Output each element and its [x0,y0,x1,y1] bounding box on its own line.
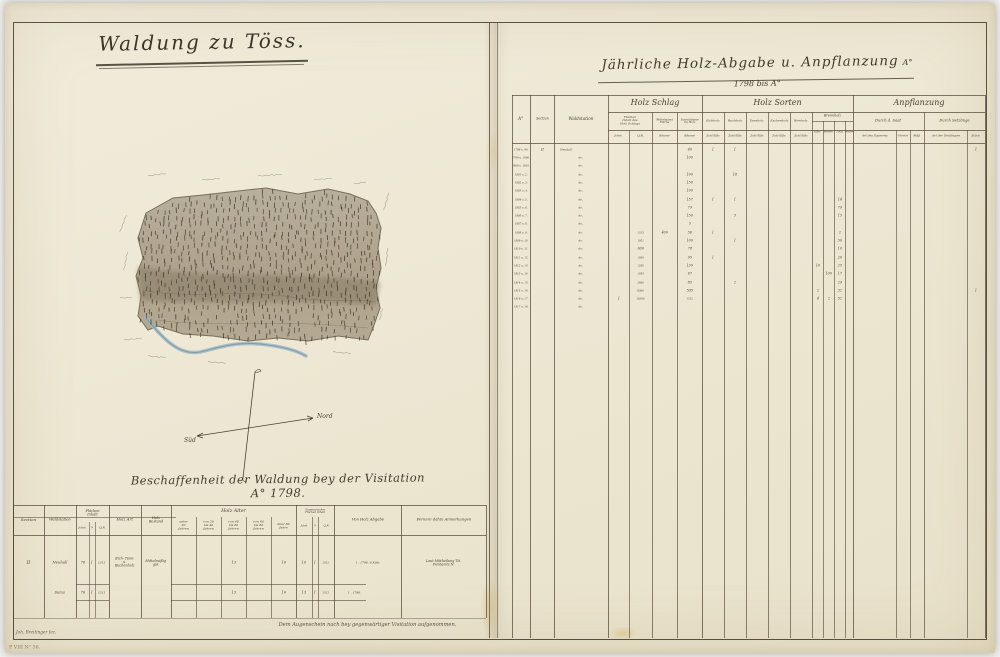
tree-symbol [282,320,283,324]
tree-symbol [357,237,358,241]
row-value-bt: 15 [834,212,845,220]
tree-symbol [359,316,360,320]
row-station: do. [554,287,608,295]
col-flaechen: Flächen Inhalt [76,505,109,522]
row-year: 1809 u. 10. [512,237,530,245]
col-holz-art: Holz Art [109,505,141,535]
row-value-bk: 4 [812,295,823,303]
row-station: do. [554,295,608,303]
row-year: 1808 u. 9. [512,229,530,237]
group-holz-sorten: Holz Sorten [702,95,853,112]
tree-symbol [243,266,244,271]
row-value-eich: 1 [702,254,724,262]
col-alter-sub-text: über 80 Jahre [277,523,290,530]
tree-symbol [175,250,176,253]
row-value-saam: 595 [677,287,702,295]
unit-sorte-text: Zahl Klftr. [728,135,742,138]
tree-symbol [351,223,352,228]
col-alter-sub: von 60 bis 80 Jahren [246,517,271,535]
tree-symbol [269,252,270,256]
row-alter: 10 [271,548,296,578]
row-value-fr: 2600 [629,279,652,287]
row-value-bt: 17 [834,271,845,279]
row-year: 1814 u. 15. [512,279,530,287]
row-station-text: do. [579,182,584,185]
row-value-eich-text: 1 [712,198,714,202]
tree-symbol [313,231,314,236]
row-value-bt-text: 17 [837,273,841,277]
tree-symbol [248,257,249,261]
col-summ-text: Summarischer Flächen Inhalt [305,508,325,514]
row-section-text: II [27,561,31,566]
row-value-fr: 1595 [629,271,652,279]
row-value-bw: 2 [823,295,834,303]
row-value-bk-text: 10 [815,264,819,268]
row-station-text: do. [579,231,584,234]
row-value-fr: 1500 [629,254,652,262]
row-station: do. [554,262,608,270]
row-year: 1811 u. 12. [512,254,530,262]
row-value-bt: 52 [834,295,845,303]
row-value-saam: 40 [677,146,702,154]
row-station: do. [554,229,608,237]
sum-summ: 13 [296,586,312,600]
row-abgabe-text: 1 . 1798. 6 Klftr. [355,561,380,564]
row-year-text: 1810 u. 11. [514,248,528,251]
row-station: do. [554,154,608,162]
col-brenn-sub: Klftr. [812,121,823,143]
col-alter-sub: von 40 bis 60 Jahren [221,517,246,535]
sum-flaechen-text: 1312 [98,591,105,594]
row-value-eich: 1 [702,196,724,204]
tree-symbol [288,239,289,243]
row-value-fr-text: 600 [637,248,643,252]
row-year: 1803 u. 4. [512,188,530,196]
col-waldstation: Waldstation [44,505,76,535]
row-value-bt: 29 [834,279,845,287]
row-value-buch: 1 [724,196,746,204]
col-waldstation-text: Waldstation [49,518,71,522]
compass-south-label: Süd [184,437,196,444]
illegible-annotation [386,248,388,266]
unit-saat-text: Art des Saamens [862,135,888,138]
tree-symbol [344,308,345,312]
illegible-annotation [148,356,166,358]
unit-schlag-qr: Q.R. [629,130,652,143]
col-schlag-flaechen-text: Flächen Inhalt des Holz Schlags [619,116,641,126]
row-value-fr: 600 [629,246,652,254]
group-anpflanzung: Anpflanzung [853,95,985,112]
grid-line [530,95,531,638]
row-value-saam-text: 100 [686,240,692,244]
illegible-annotation [384,192,390,210]
row-year-text: 1802 u. 3. [515,182,528,185]
unit-saat: Art des Saamens [853,130,896,143]
sum-abgabe: 1 . 1798. [334,586,374,600]
row-station: Neuhall [554,146,608,154]
tree-symbol [312,209,313,214]
grid-line [853,95,854,638]
row-year: 1806 u. 7. [512,212,530,220]
group-durch-setzlinge-text: Durch Setzlinge [939,119,969,123]
row-flaechen: 1312 [95,548,109,578]
sum-summ-text: 1 [314,591,316,595]
rule-line [76,584,109,585]
tree-symbol [305,334,306,339]
row-year-text: 1816 u. 17. [514,298,528,301]
unit-saat-text: Mäß [914,135,921,138]
unit-schlag-mittel: Bäume [652,130,677,143]
tree-symbol [207,280,208,284]
tree-symbol [246,285,247,290]
row-year-text: 1809 u. 10. [514,240,528,243]
row-value-buch: 2 [724,279,746,287]
col-summ-unit-text: Jchrt. [300,525,308,528]
row-year-text: 1805 u. 6. [515,207,528,210]
row-value-fr: 1200 [629,262,652,270]
row-value-fr-text: 1500 [637,257,643,260]
compass-tip-north [255,370,261,373]
sum-flaechen-text: 1 [91,591,93,595]
unit-sorte: Zahl Klftr. [724,130,746,143]
row-year: 1801 u. 2. [512,171,530,179]
row-rsection: II [530,146,554,154]
tree-symbol [280,196,281,199]
tree-symbol [248,196,249,201]
tree-symbol [228,335,229,340]
row-holz-art: Eich- Tann- u. Buchenholz [109,548,141,578]
tree-symbol [283,252,284,255]
grid-line [812,112,813,638]
unit-saat: Mäß [910,130,924,143]
row-value-eich-text: 1 [712,231,714,235]
unit-sorte: Zahl Klftr. [746,130,768,143]
tree-symbol [357,244,358,249]
row-value-bt: 2 [834,229,845,237]
compass-north-label: Nord [316,413,333,420]
tree-symbol [282,288,283,292]
tree-symbol [196,264,197,269]
unit-sorte-text: Zahl Klftr. [772,135,786,138]
row-section: II [13,548,44,578]
row-value-saam-text: 95 [687,256,691,260]
row-value-bw-text: 100 [825,273,831,277]
row-value-fr: 8300 [629,287,652,295]
row-year: 1817 u. 18. [512,304,530,312]
tree-symbol [184,208,185,211]
illegible-annotation [314,178,332,181]
row-value-bk-text: 4 [816,298,818,302]
row-year-text: 1800 u. 1801. [512,165,530,168]
col-holz-art-text: Holz Art [117,518,134,522]
row-value-buch-text: 18 [733,173,737,177]
tree-symbol [155,231,156,235]
col-sorte-text: Birnholz [794,119,807,122]
compass-rose: Süd Nord [183,366,348,484]
row-value-saam-text: 56 [687,231,691,235]
row-year-text: 1817 u. 18. [514,306,528,309]
row-value-fr-text: 10300 [636,298,644,301]
row-year: 1813 u. 14. [512,271,530,279]
tree-symbol [263,200,264,204]
rule-line [13,535,486,536]
row-flaechen: 76 [76,548,89,578]
row-value-bt-text: 25 [837,264,841,268]
sum-label-text: Suma [55,591,65,595]
row-value-bt-text: 15 [837,215,841,219]
row-year-text: 1801 u. 2. [515,174,528,177]
row-year-text: 1811 u. 12. [514,257,528,260]
tree-symbol [305,224,306,229]
row-value-bt: 79 [834,204,845,212]
row-station: do. [554,279,608,287]
tree-symbol [241,279,242,283]
col-schlag-saam: Saambäume im Holz [677,112,702,130]
row-station-text: do. [579,198,584,201]
tree-symbol [160,222,161,225]
row-year-text: 1806 u. 7. [515,215,528,218]
row-station: do. [554,204,608,212]
row-value-fj-text: 1 [617,298,619,302]
row-value-bk-text: 2 [816,289,818,293]
row-station-text: do. [579,215,584,218]
rule-line [13,618,486,619]
tree-symbol [345,270,346,273]
row-value-saam-text: 595 [686,289,692,293]
row-year-text: 1807 u. 8. [515,223,528,226]
tree-symbol [344,321,345,325]
group-holz-sorten-text: Holz Sorten [753,99,801,108]
row-rsection-text: II [541,148,544,152]
compass-axis-ew [197,418,313,436]
sum-flaechen-text: 76 [80,591,85,595]
sum-flaechen: 76 [76,586,89,600]
row-value-buch: 1 [724,237,746,245]
row-value-buch-text: 5 [734,215,736,219]
col-sorte-text: Eschenholz [770,119,788,122]
row-station-text: do. [579,256,584,259]
sum-summ: 1312 [318,586,334,600]
col-flaechen-unit-text: Q.R. [99,527,105,530]
grid-line [985,95,986,638]
row-value-saam: 56 [677,229,702,237]
tree-symbol [184,294,185,297]
grid-line [608,95,609,638]
row-year-text: 1815 u. 16. [514,290,528,293]
unit-sorte-text: Zahl Klftr. [706,135,720,138]
unit-schlag-saam: Bäume [677,130,702,143]
grid-line [823,121,824,638]
right-page-title: Jährliche Holz-Abgabe u. AnpflanzungA° 1… [592,50,922,93]
row-value-saam: 100 [677,237,702,245]
unit-schlag-mittel-text: Bäume [659,135,670,138]
row-station-text: do. [579,248,584,251]
row-value-bt-text: 10 [837,248,841,252]
row-flaechen-text: 76 [80,561,85,565]
row-year-text: 1812 u. 13. [514,265,528,268]
tree-symbol [228,275,229,278]
row-value-bw-text: 2 [827,298,829,302]
col-summ: Summarischer Flächen Inhalt [296,505,334,517]
row-value-saam-text: 79 [687,206,691,210]
row-value-bk: 2 [812,287,823,295]
row-value-saam-text: 1312 [686,298,692,301]
tree-symbol [267,272,268,276]
forest-map-drawing [118,170,400,377]
row-value-bt-text: 29 [837,281,841,285]
row-abgabe: 1 . 1798. 6 Klftr. [334,548,401,578]
col-section: Section [13,505,44,535]
row-value-mittel-text: 400 [661,231,667,235]
group-durch-saat-text: Durch d. Saat [875,119,901,123]
group-durch-saat: Durch d. Saat [853,112,924,130]
row-station-text: do. [579,281,584,284]
col-schlag-flaechen: Flächen Inhalt des Holz Schlags [608,112,652,130]
row-value-bk: 10 [812,262,823,270]
row-station: do. [554,179,608,187]
col-alter-sub: von 20 bis 40 Jahren [196,517,221,535]
catalog-mark: P VIII N° 36. [9,644,48,651]
col-alter-sub-text: von 40 bis 60 Jahren [227,521,240,531]
row-anmerkung: Laut Mittheilung Tit. Forstamts N. [401,548,486,578]
row-value-saam: 85 [677,279,702,287]
tree-symbol [347,243,348,247]
fold-line-right [497,22,498,638]
row-station-text: do. [579,273,584,276]
tree-symbol [283,256,284,260]
grid-line [845,121,846,638]
tree-symbol [250,231,251,235]
col-sorte-text: Eichholz [706,119,720,122]
row-value-saam: 100 [677,171,702,179]
row-value-saam-text: 100 [686,157,692,161]
row-value-saam-text: 67 [687,273,691,277]
col-brenn-sub-text: Klftr. [814,131,821,134]
row-year: 1805 u. 6. [512,204,530,212]
rule-line [76,600,109,601]
col-sorte: Eschenholz [768,112,790,130]
col-holz-bestand: Holz Bestand [141,505,171,535]
tree-symbol [324,285,325,288]
sum-alter: 10 [271,586,296,600]
tree-symbol [295,252,296,256]
illegible-annotation [124,252,128,270]
col-rsection: Section [530,95,554,143]
row-value-mittel: 400 [652,229,677,237]
row-summ-text: 1312 [323,562,330,565]
group-brennholz: Brennholz [812,112,853,121]
row-year: 1810 u. 11. [512,246,530,254]
fold-line-left [489,22,490,638]
unit-setz-text: Stück [972,135,981,138]
unit-schlag-j-text: Jchrt. [614,135,622,138]
row-flaechen-text: 1312 [98,561,105,564]
col-rwaldstation-text: Waldstation [568,117,593,122]
tree-symbol [169,222,170,226]
tree-symbol [212,298,213,302]
row-station: do. [554,237,608,245]
row-station-text: do. [579,157,584,160]
sum-summ-text: 1312 [323,592,330,595]
row-value-saam: 100 [677,188,702,196]
unit-schlag-qr-text: Q.R. [637,135,643,138]
rule-line [334,600,366,601]
row-year-text: 1799 u. 1800. [512,157,530,160]
row-value-eich: 1 [702,229,724,237]
row-value-saam: 67 [677,271,702,279]
row-value-bt: 20 [834,254,845,262]
tree-symbol [222,326,223,329]
tree-symbol [346,314,347,319]
row-value-saam: 100 [677,154,702,162]
tree-symbol [287,214,288,219]
col-ao: A° [512,95,530,143]
row-value-saam: 150 [677,212,702,220]
col-alter-sub: unter 20 Jahren [171,517,196,535]
col-schlag-mittel-text: Mittelstand Fläche [656,118,673,124]
row-value-fr-text: 1595 [637,273,643,276]
row-value-saam-text: 100 [686,190,692,194]
tree-symbol [164,327,165,331]
col-flaechen-unit-text: Jchrt. [78,527,86,530]
catalog-mark-text: P VIII N° 36. [9,645,40,651]
row-station-text: do. [579,173,584,176]
tree-symbol [270,196,271,200]
row-value-fj: 1 [608,295,629,303]
col-anmerkungen-text: Fernere dahin Anmerkungen [416,518,471,522]
row-value-fr-text: 2600 [637,281,643,284]
col-flaechen-unit-text: ¼ [91,527,94,530]
row-station-text: do. [579,306,584,309]
row-value-saam: 150 [677,179,702,187]
rule-line [296,584,334,585]
tree-symbol [358,208,359,213]
row-value-stueck: 1 [967,287,985,295]
row-station-text: do. [579,298,584,301]
col-flaechen-unit: Jchrt. [76,522,89,535]
row-year-text: 1813 u. 14. [514,273,528,276]
row-value-bt-text: 20 [837,256,841,260]
row-value-buch: 5 [724,212,746,220]
row-value-saam-text: 150 [686,215,692,219]
sum-alter: 13 [221,586,246,600]
unit-setz-text: Art der Setzlingen [932,135,960,138]
col-sorte-text: Buchholz [728,119,743,122]
col-sorte: Buchholz [724,112,746,130]
group-holz-alter: Holz Alter [171,505,296,517]
group-holz-schlag: Holz Schlag [608,95,702,112]
group-brennholz-text: Brennholz [824,115,841,119]
rule-line [296,600,334,601]
illegible-annotation [380,308,383,320]
tree-symbol [222,256,223,260]
signature-text: Joh. Breitinger fec. [16,630,56,635]
compass-axis-ns [243,372,255,478]
tree-symbol [217,270,218,274]
row-year: 1800 u. 1801. [512,163,530,171]
row-value-bt-text: 14 [837,198,841,202]
row-station-text: do. [579,240,584,243]
row-station-text: do. [579,190,584,193]
sum-flaechen: 1312 [95,586,109,600]
row-year-text: 1814 u. 15. [514,281,528,284]
group-durch-setzlinge: Durch Setzlinge [924,112,985,130]
col-brenn-sub: Wellen [823,121,834,143]
row-value-saam-text: 5 [688,223,690,227]
row-station-text: do. [579,206,584,209]
rule-line [334,584,366,585]
row-holz-art-text: Eich- Tann- u. Buchenholz [115,558,135,569]
